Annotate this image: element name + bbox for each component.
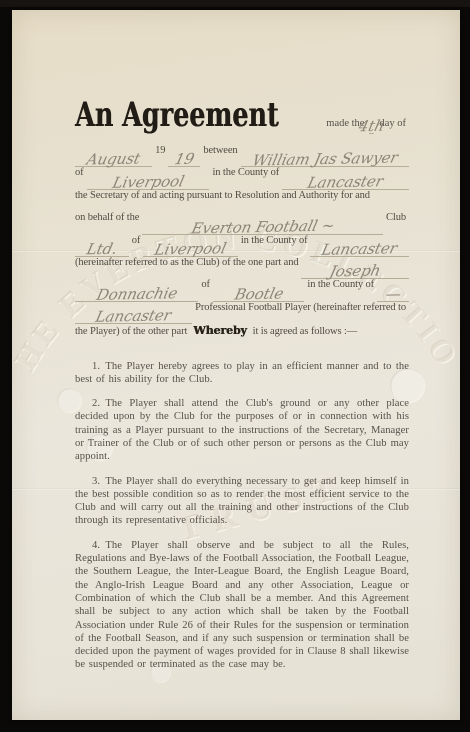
clause: 3. The Player shall do everything necess… (75, 475, 409, 528)
form-line: DonnachieofBootlein the County of— (75, 279, 409, 301)
agreement-document: THE EVERTON COLLECTION THE EVERTON COLLE… (12, 10, 460, 720)
form-line: the Player) of the other partWherebyit i… (75, 324, 409, 346)
form-line: the Secretary of and acting pursuant to … (75, 190, 409, 212)
form-line: August1919betweenWilliam Jas Sawyer (75, 145, 409, 167)
handwritten-entry: Donnachie (91, 286, 183, 303)
handwritten-entry: Lancaster (317, 241, 403, 258)
page-title: An Agreement (75, 95, 279, 135)
day-blank-field: 4th (369, 98, 374, 134)
blank-field: Liverpool (143, 235, 238, 257)
form-line: (hereinafter referred to as the Club) of… (75, 257, 409, 279)
clause: 4. The Player shall observe and be subje… (75, 539, 409, 672)
form-line: Ltd.ofLiverpoolin the County ofLancaster (75, 235, 409, 257)
printed-text: (hereinafter referred to as the Club) of… (75, 257, 301, 268)
handwritten-entry: Everton Football ~ (186, 218, 340, 236)
printed-text: Professional Football Player (hereinafte… (192, 302, 409, 313)
blank-field: Ltd. (75, 235, 129, 257)
blank-field: Lancaster (282, 167, 409, 189)
blank-field: Donnachie (75, 279, 198, 301)
handwritten-entry: Liverpool (107, 174, 189, 191)
document-headline: An Agreement made the 4th day of (75, 98, 409, 134)
handwritten-entry: — (380, 286, 406, 301)
printed-text: on behalf of the (75, 212, 142, 223)
blank-field: — (377, 279, 409, 301)
printed-text: of (129, 235, 144, 246)
blank-field: Lancaster (75, 302, 192, 324)
blank-field: Joseph (301, 257, 409, 279)
handwritten-entry: Ltd. (81, 242, 123, 258)
printed-text: the Player) of the other part (75, 326, 190, 337)
scanned-photo-background: { "watermark": { "ring_text": "THE EVERT… (0, 0, 470, 732)
printed-text: in the County of (304, 279, 377, 290)
handwritten-entry: August (81, 152, 145, 168)
form-line: ofLiverpoolin the County ofLancaster (75, 167, 409, 189)
title-wrap: An Agreement (75, 98, 323, 134)
printed-text: of (75, 167, 87, 178)
blank-field: Everton Football ~ (142, 212, 383, 234)
blank-field: Bootle (213, 279, 304, 301)
handwritten-entry: Joseph (324, 264, 386, 280)
blank-field: August (75, 145, 152, 167)
blank-field: William Jas Sawyer (241, 145, 409, 167)
form-lines: August1919betweenWilliam Jas SawyerofLiv… (75, 145, 409, 347)
handwritten-entry: Lancaster (302, 174, 388, 191)
blank-field: 19 (168, 145, 200, 167)
handwritten-day: 4th (354, 119, 391, 135)
blank-field: Liverpool (87, 167, 210, 189)
blank-field: Lancaster (310, 235, 409, 257)
form-line: on behalf of theEverton Football ~Club (75, 212, 409, 234)
form-line: LancasterProfessional Football Player (h… (75, 302, 409, 324)
handwritten-entry: William Jas Sawyer (247, 151, 403, 169)
document-content: An Agreement made the 4th day of August1… (75, 10, 409, 683)
handwritten-entry: 19 (169, 152, 199, 168)
handwritten-entry: Lancaster (90, 308, 176, 325)
printed-text: between (200, 145, 240, 156)
clauses: 1. The Player hereby agrees to play in a… (75, 360, 409, 672)
printed-text: of (198, 279, 213, 290)
printed-text: 19 (152, 145, 168, 156)
printed-text: Club (383, 212, 409, 223)
handwritten-entry: Bootle (229, 286, 289, 302)
handwritten-entry: Liverpool (149, 241, 231, 258)
clause: 1. The Player hereby agrees to play in a… (75, 360, 409, 387)
gothic-word: Whereby (190, 324, 249, 337)
clause: 2. The Player shall attend the Club's gr… (75, 397, 409, 463)
printed-text: it is agreed as follows :— (250, 326, 361, 337)
